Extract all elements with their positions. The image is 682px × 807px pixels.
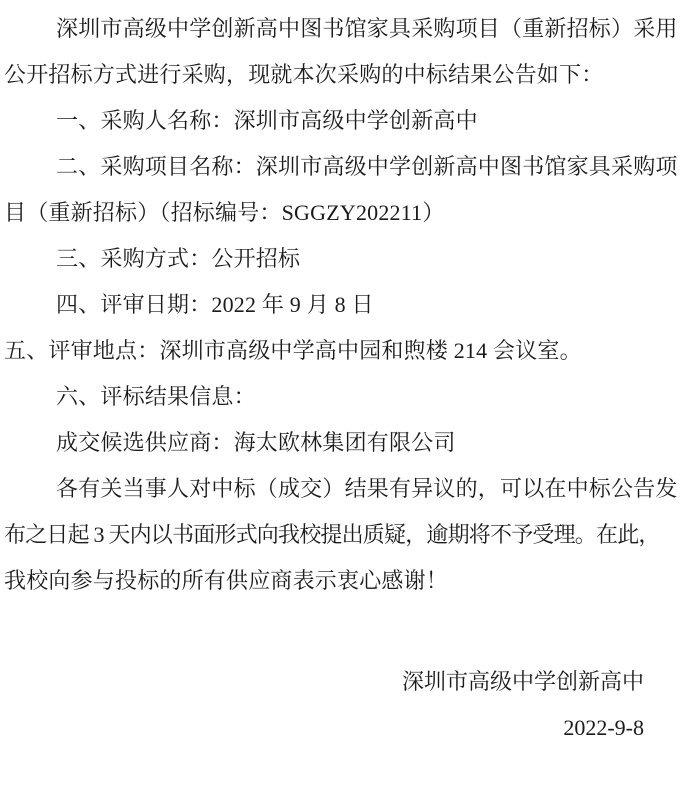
signature-org: 深圳市高级中学创新高中 — [4, 659, 676, 705]
signature-spacer — [4, 604, 676, 659]
doc-line: 成交候选供应商：海太欧林集团有限公司 — [4, 420, 676, 466]
doc-line: 目（重新招标）（招标编号：SGGZY202211） — [4, 190, 676, 236]
doc-line: 三、采购方式：公开招标 — [4, 236, 676, 282]
doc-line: 各有关当事人对中标（成交）结果有异议的，可以在中标公告发 — [4, 466, 676, 512]
doc-line: 我校向参与投标的所有供应商表示衷心感谢！ — [4, 558, 676, 604]
doc-line: 深圳市高级中学创新高中图书馆家具采购项目（重新招标）采用 — [4, 6, 676, 52]
doc-line: 一、采购人名称：深圳市高级中学创新高中 — [4, 98, 676, 144]
document-page: 深圳市高级中学创新高中图书馆家具采购项目（重新招标）采用 公开招标方式进行采购，… — [0, 0, 682, 807]
doc-line: 二、采购项目名称：深圳市高级中学创新高中图书馆家具采购项 — [4, 144, 676, 190]
doc-line: 五、评审地点：深圳市高级中学高中园和煦楼 214 会议室。 — [4, 328, 676, 374]
doc-line: 四、评审日期：2022 年 9 月 8 日 — [4, 282, 676, 328]
doc-line: 六、评标结果信息： — [4, 374, 676, 420]
doc-line: 布之日起 3 天内以书面形式向我校提出质疑，逾期将不予受理。在此， — [4, 512, 676, 558]
doc-line: 公开招标方式进行采购，现就本次采购的中标结果公告如下： — [4, 52, 676, 98]
signature-date: 2022-9-8 — [4, 705, 676, 751]
